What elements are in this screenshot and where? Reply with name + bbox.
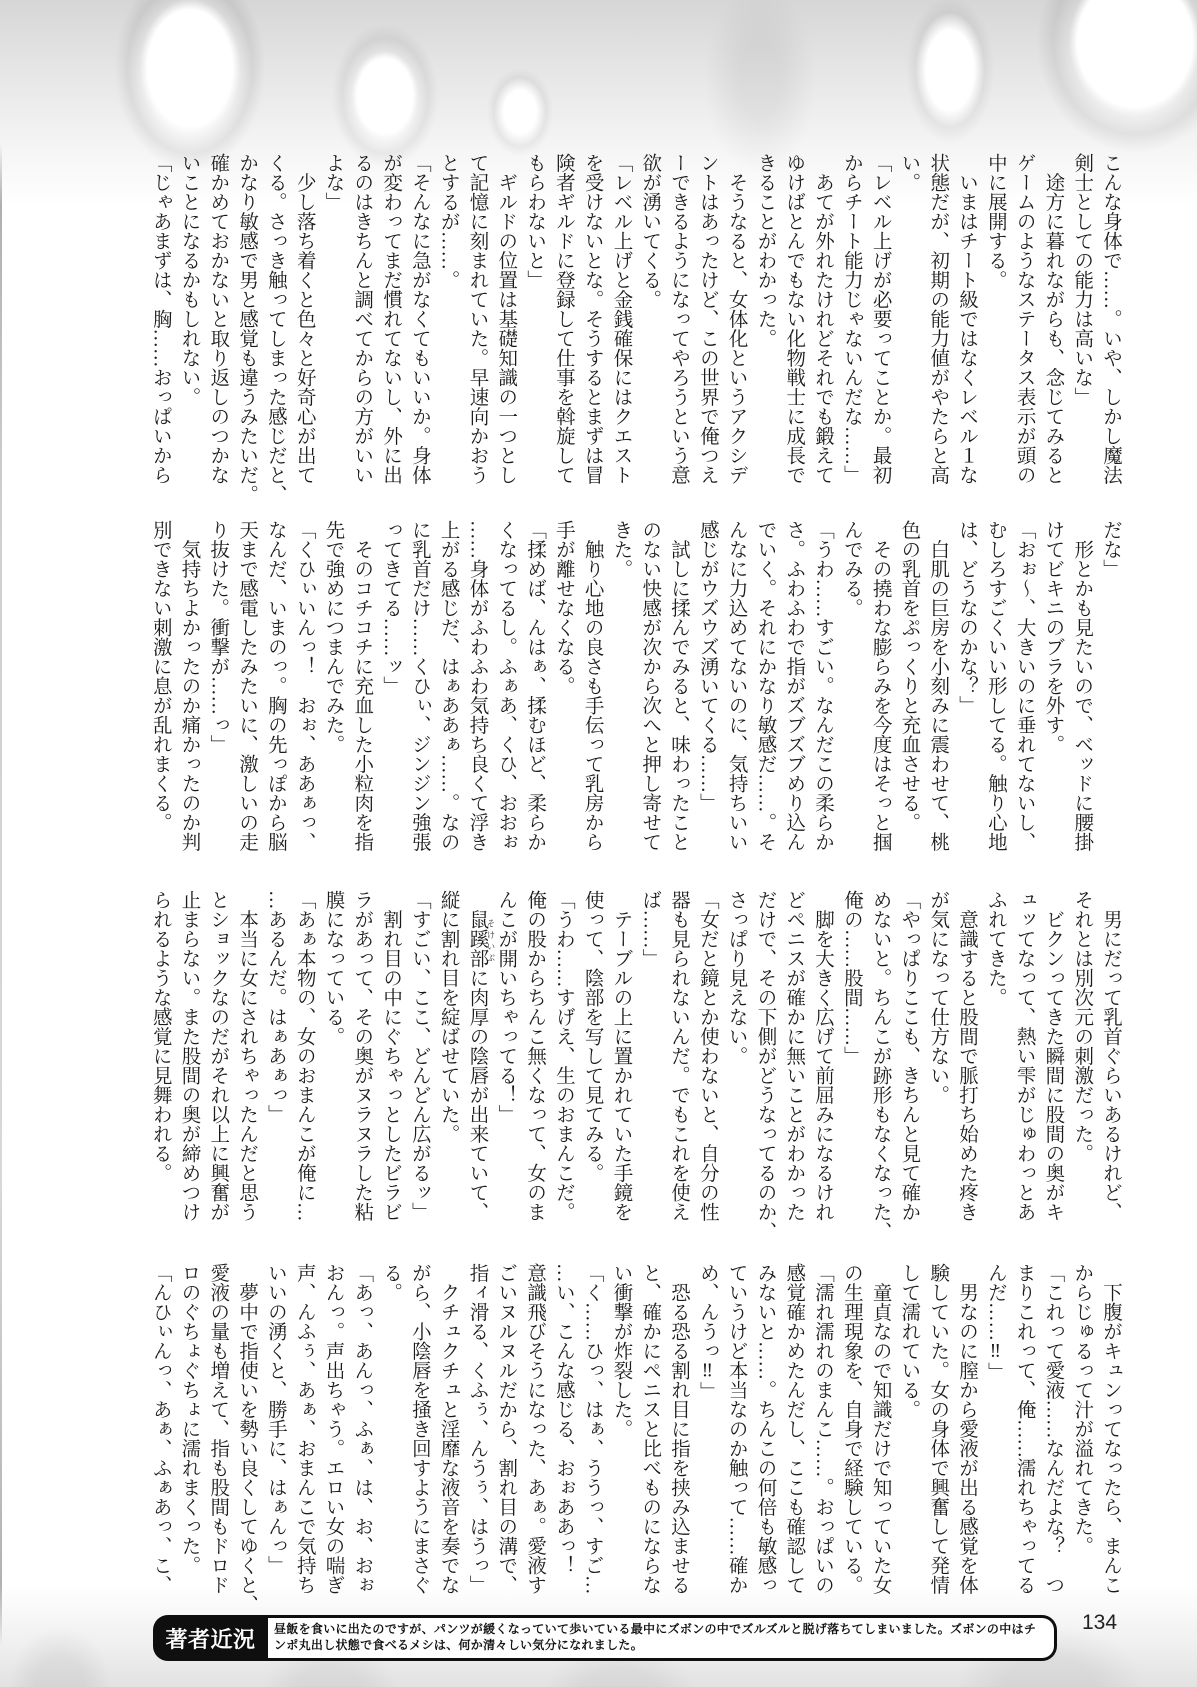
author-note-box: 著者近況 昼飯を食いに出たのですが、パンツが緩くなっていて歩いている最中にズボン… bbox=[153, 1615, 1057, 1661]
ruby-annotation: そけいぶ bbox=[486, 919, 496, 965]
page-edge-line bbox=[0, 0, 2, 1687]
author-note-label: 著者近況 bbox=[153, 1615, 268, 1661]
page-number: 134 bbox=[1082, 1611, 1117, 1635]
text-tier-3: 男にだって乳首ぐらいあるけれど、 それとは別次元の刺激だった。 ビクンってきた瞬… bbox=[145, 890, 1124, 1221]
author-note-line: 昼飯を食いに出たのですが、パンツが緩くなっていて歩いている最中にズボンの中でズル… bbox=[274, 1621, 1048, 1637]
text-tier-4: 下腹がキュンってなったら、まんこ からじゅるって汁が溢れてきた。 「これって愛液… bbox=[145, 1263, 1124, 1594]
author-note-text: 昼飯を食いに出たのですが、パンツが緩くなっていて歩いている最中にズボンの中でズル… bbox=[268, 1618, 1054, 1658]
text-tier-2: だな」 形とかも見たいので、ベッドに腰掛 けてビキニのブラを外す。 「おぉ〜、大… bbox=[145, 520, 1124, 851]
author-note-line: ンポ丸出し状態で食べるメシは、何か清々しい気分になれました。 bbox=[274, 1637, 1048, 1653]
text-tier-1: こんな身体で……。いや、しかし魔法 剣士としての能力は高いな」 途方に暮れながら… bbox=[145, 153, 1124, 484]
